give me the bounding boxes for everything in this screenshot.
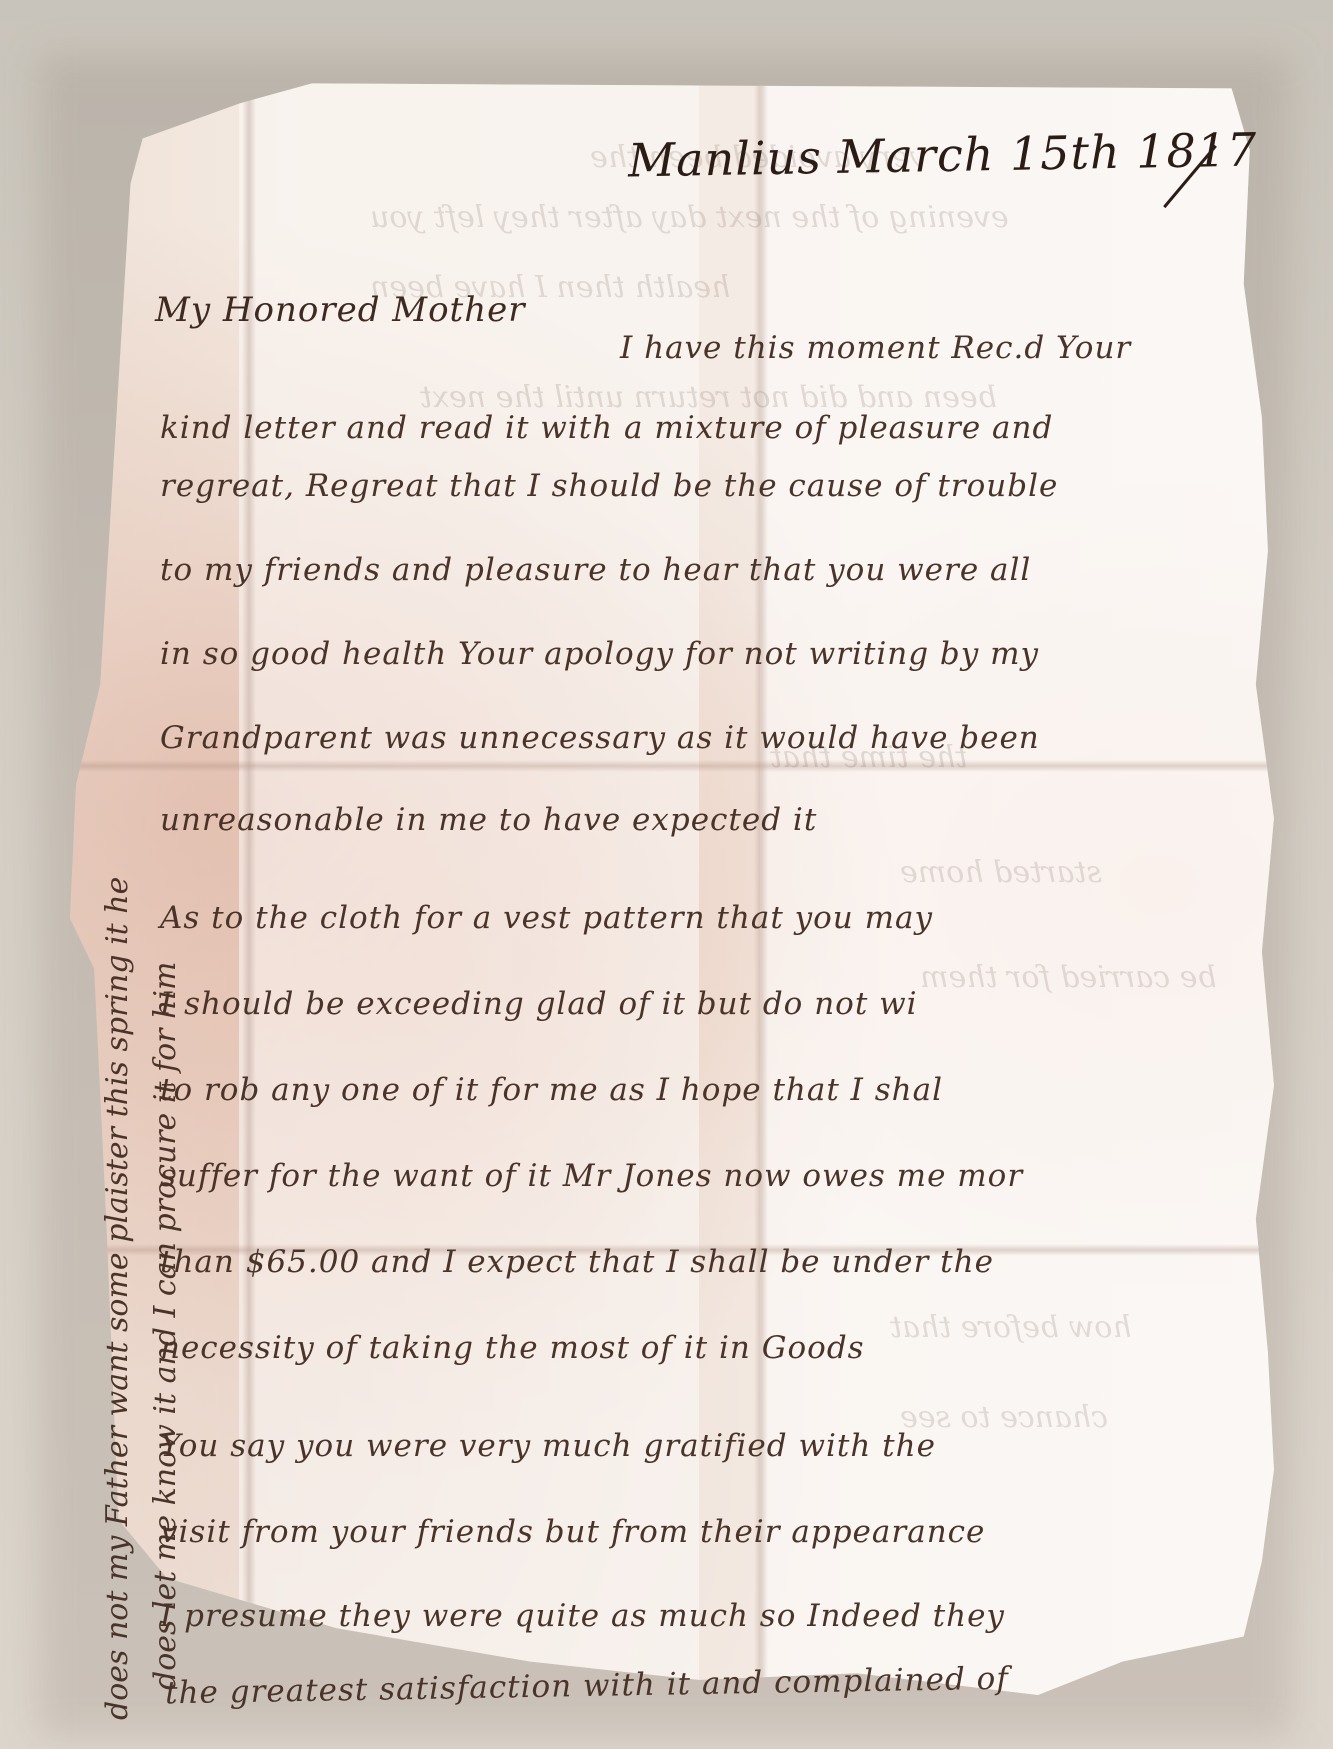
bleed-through-text: evening of the next day after they left …	[370, 200, 1009, 235]
letter-line: to rob any one of it for me as I hope th…	[160, 1072, 943, 1108]
letter-line: kind letter and read it with a mixture o…	[160, 410, 1053, 446]
margin-note-vertical: does let me know it and I can procure it…	[148, 962, 183, 1690]
letter-line: Grandparent was unnecessary as it would …	[160, 720, 1040, 756]
letter-line: You say you were very much gratified wit…	[160, 1428, 936, 1464]
letter-line: As to the cloth for a vest pattern that …	[160, 900, 933, 936]
margin-note-vertical: does not my Father want some plaister th…	[100, 877, 135, 1720]
fold-line-vertical	[754, 50, 768, 1720]
letter-line: I have this moment Rec.d Your	[620, 330, 1131, 366]
letter-line: I presume they were quite as much so Ind…	[160, 1598, 1005, 1634]
bleed-through-text: be carried for them	[920, 960, 1217, 995]
letter-line: necessity of taking the most of it in Go…	[160, 1330, 865, 1366]
bleed-through-text: started home	[900, 855, 1102, 890]
letter-salutation: My Honored Mother	[155, 290, 525, 330]
letter-dateline: Manlius March 15th 1817	[628, 123, 1258, 188]
letter-line: suffer for the want of it Mr Jones now o…	[160, 1158, 1023, 1194]
letter-line: in so good health Your apology for not w…	[160, 636, 1039, 672]
letter-line: regreat, Regreat that I should be the ca…	[160, 468, 1058, 504]
letter-line: I should be exceeding glad of it but do …	[160, 986, 918, 1022]
fold-line-horizontal	[70, 760, 1280, 772]
bleed-through-text: how before that	[890, 1310, 1132, 1345]
letter-line: visit from your friends but from their a…	[160, 1514, 985, 1550]
letter-line: than $65.00 and I expect that I shall be…	[160, 1244, 994, 1280]
letter-line: unreasonable in me to have expected it	[160, 802, 817, 838]
letter-line: to my friends and pleasure to hear that …	[160, 552, 1031, 588]
